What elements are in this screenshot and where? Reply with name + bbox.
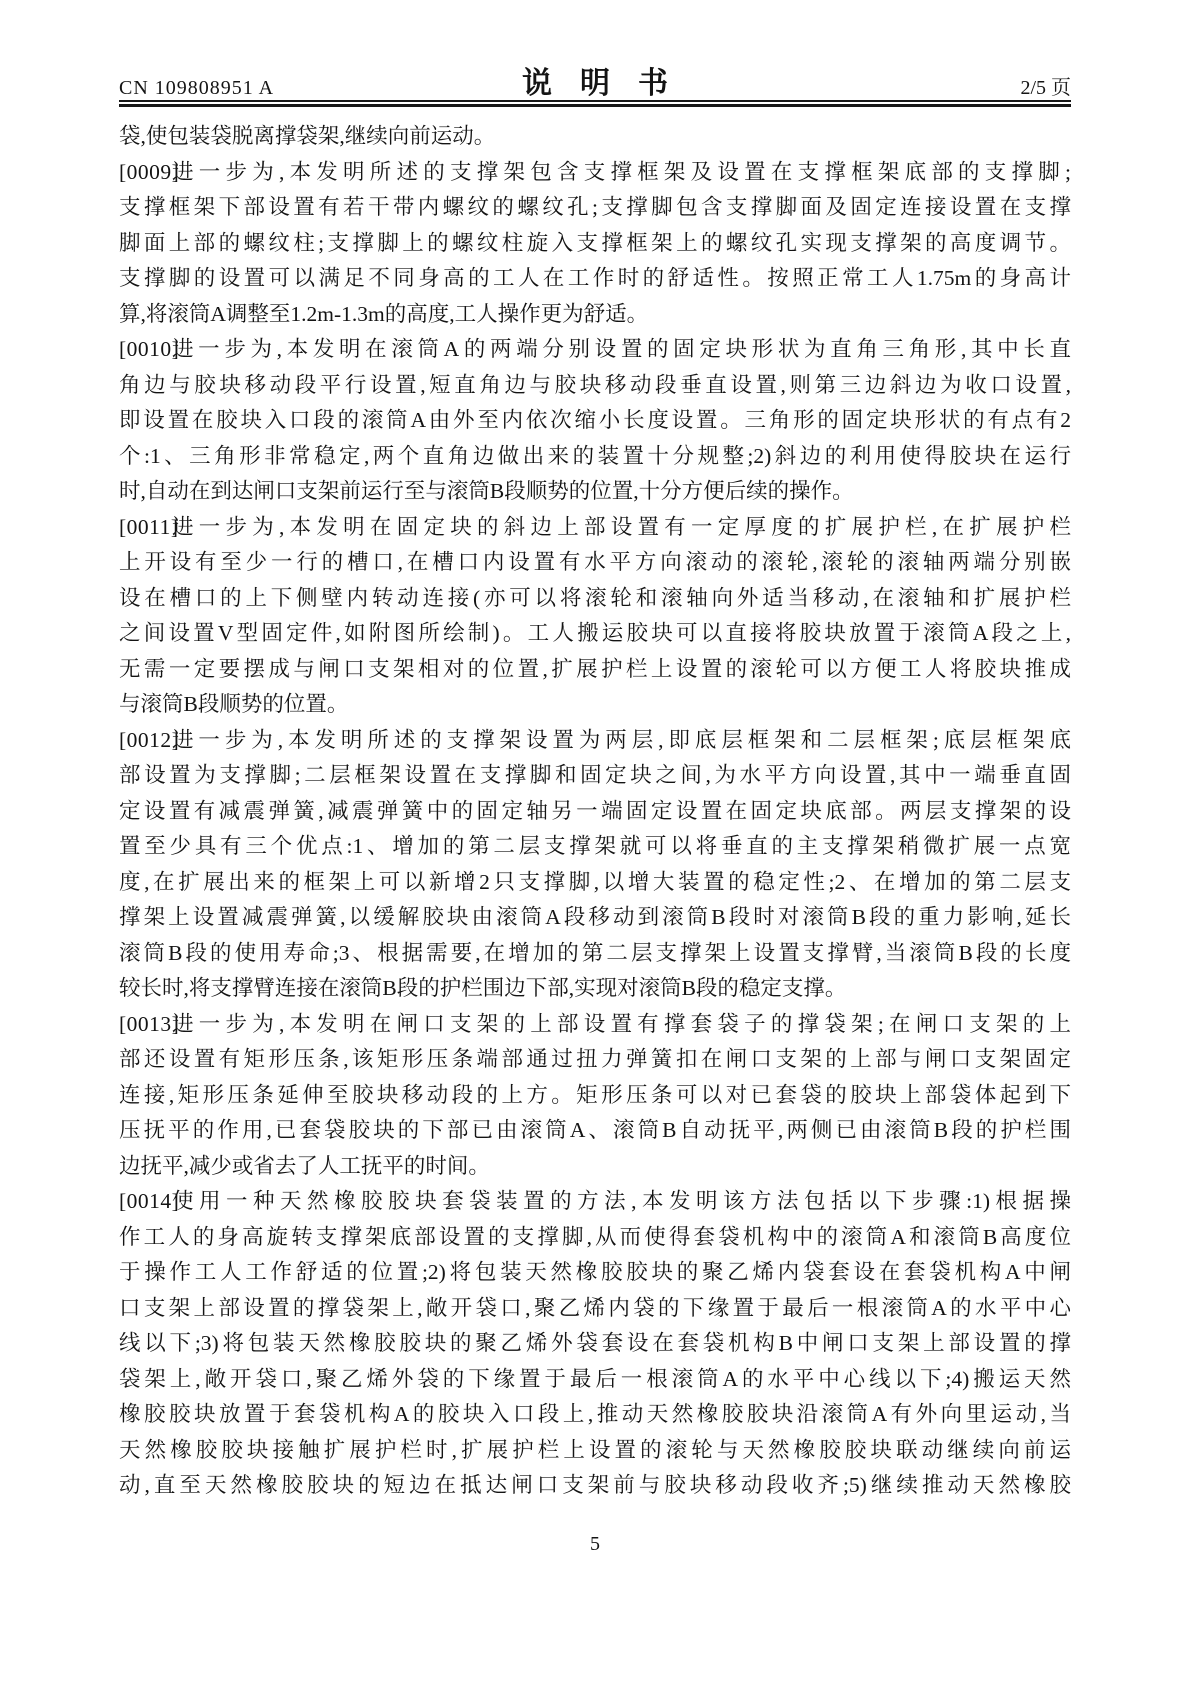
line-text: 之间设置V型固定件,如附图所绘制)。工人搬运胶块可以直接将胶块放置于滚筒A段之上…: [119, 616, 1071, 652]
text-line: 设在槽口的上下侧壁内转动连接(亦可以将滚轮和滚轴向外适当移动,在滚轴和扩展护栏: [119, 581, 1071, 617]
text-line: 部设置为支撑脚;二层框架设置在支撑脚和固定块之间,为水平方向设置,其中一端垂直固: [119, 758, 1071, 794]
line-text: 无需一定要摆成与闸口支架相对的位置,扩展护栏上设置的滚轮可以方便工人将胶块推成: [119, 652, 1071, 688]
line-text: 边抚平,减少或省去了人工抚平的时间。: [119, 1149, 1071, 1185]
text-line: 较长时,将支撑臂连接在滚筒B段的护栏围边下部,实现对滚筒B段的稳定支撑。: [119, 971, 1071, 1007]
text-line: 橡胶胶块放置于套袋机构A的胶块入口段上,推动天然橡胶胶块沿滚筒A有外向里运动,当: [119, 1397, 1071, 1433]
paragraph-tag: [0010]: [119, 332, 172, 368]
text-line: [0014]使用一种天然橡胶胶块套袋装置的方法,本发明该方法包括以下步骤:1)根…: [119, 1184, 1071, 1220]
line-text: 进一步为,本发明在固定块的斜边上部设置有一定厚度的扩展护栏,在扩展护栏: [172, 510, 1071, 546]
line-text: 天然橡胶胶块接触扩展护栏时,扩展护栏上设置的滚轮与天然橡胶胶块联动继续向前运: [119, 1433, 1071, 1469]
text-line: 角边与胶块移动段平行设置,短直角边与胶块移动段垂直设置,则第三边斜边为收口设置,: [119, 368, 1071, 404]
text-line: 部还设置有矩形压条,该矩形压条端部通过扭力弹簧扣在闸口支架的上部与闸口支架固定: [119, 1042, 1071, 1078]
line-text: 滚筒B段的使用寿命;3、根据需要,在增加的第二层支撑架上设置支撑臂,当滚筒B段的…: [119, 936, 1071, 972]
text-line: 于操作工人工作舒适的位置;2)将包装天然橡胶胶块的聚乙烯内袋套设在套袋机构A中闸: [119, 1255, 1071, 1291]
text-line: 支撑框架下部设置有若干带内螺纹的螺纹孔;支撑脚包含支撑脚面及固定连接设置在支撑: [119, 190, 1071, 226]
line-text: 算,将滚筒A调整至1.2m-1.3m的高度,工人操作更为舒适。: [119, 297, 1071, 333]
text-line: [0012]进一步为,本发明所述的支撑架设置为两层,即底层框架和二层框架;底层框…: [119, 723, 1071, 759]
line-text: 支撑框架下部设置有若干带内螺纹的螺纹孔;支撑脚包含支撑脚面及固定连接设置在支撑: [119, 190, 1071, 226]
line-text: 时,自动在到达闸口支架前运行至与滚筒B段顺势的位置,十分方便后续的操作。: [119, 474, 1071, 510]
line-text: 部还设置有矩形压条,该矩形压条端部通过扭力弹簧扣在闸口支架的上部与闸口支架固定: [119, 1042, 1071, 1078]
line-text: 撑架上设置减震弹簧,以缓解胶块由滚筒A段移动到滚筒B段时对滚筒B段的重力影响,延…: [119, 900, 1071, 936]
header-divider-rule: [119, 100, 1071, 107]
line-text: 进一步为,本发明在闸口支架的上部设置有撑套袋子的撑袋架;在闸口支架的上: [172, 1007, 1071, 1043]
text-line: 撑架上设置减震弹簧,以缓解胶块由滚筒A段移动到滚筒B段时对滚筒B段的重力影响,延…: [119, 900, 1071, 936]
text-line: 度,在扩展出来的框架上可以新增2只支撑脚,以增大装置的稳定性;2、在增加的第二层…: [119, 865, 1071, 901]
text-line: 滚筒B段的使用寿命;3、根据需要,在增加的第二层支撑架上设置支撑臂,当滚筒B段的…: [119, 936, 1071, 972]
line-text: 于操作工人工作舒适的位置;2)将包装天然橡胶胶块的聚乙烯内袋套设在套袋机构A中闸: [119, 1255, 1071, 1291]
text-line: 个:1、三角形非常稳定,两个直角边做出来的装置十分规整;2)斜边的利用使得胶块在…: [119, 439, 1071, 475]
text-line: 口支架上部设置的撑袋架上,敞开袋口,聚乙烯内袋的下缘置于最后一根滚筒A的水平中心: [119, 1291, 1071, 1327]
text-line: 袋架上,敞开袋口,聚乙烯外袋的下缘置于最后一根滚筒A的水平中心线以下;4)搬运天…: [119, 1362, 1071, 1398]
page-header: CN 109808951 A 说明书 2/5 页: [119, 66, 1071, 100]
line-text: 部设置为支撑脚;二层框架设置在支撑脚和固定块之间,为水平方向设置,其中一端垂直固: [119, 758, 1071, 794]
page-indicator: 2/5 页: [1020, 71, 1071, 100]
document-title: 说明书: [119, 58, 1071, 102]
text-line: 上开设有至少一行的槽口,在槽口内设置有水平方向滚动的滚轮,滚轮的滚轴两端分别嵌: [119, 545, 1071, 581]
line-text: 进一步为,本发明所述的支撑架设置为两层,即底层框架和二层框架;底层框架底: [172, 723, 1071, 759]
text-line: 脚面上部的螺纹柱;支撑脚上的螺纹柱旋入支撑框架上的螺纹孔实现支撑架的高度调节。: [119, 226, 1071, 262]
line-text: 口支架上部设置的撑袋架上,敞开袋口,聚乙烯内袋的下缘置于最后一根滚筒A的水平中心: [119, 1291, 1071, 1327]
text-line: [0009]进一步为,本发明所述的支撑架包含支撑框架及设置在支撑框架底部的支撑脚…: [119, 155, 1071, 191]
line-text: 连接,矩形压条延伸至胶块移动段的上方。矩形压条可以对已套袋的胶块上部袋体起到下: [119, 1078, 1071, 1114]
text-line: 袋,使包装袋脱离撑袋架,继续向前运动。: [119, 119, 1071, 155]
footer-page-number: 5: [0, 1533, 1190, 1556]
line-text: 度,在扩展出来的框架上可以新增2只支撑脚,以增大装置的稳定性;2、在增加的第二层…: [119, 865, 1071, 901]
text-line: 边抚平,减少或省去了人工抚平的时间。: [119, 1149, 1071, 1185]
paragraph-tag: [0009]: [119, 155, 172, 191]
line-text: 压抚平的作用,已套袋胶块的下部已由滚筒A、滚筒B自动抚平,两侧已由滚筒B段的护栏…: [119, 1113, 1071, 1149]
line-text: 即设置在胶块入口段的滚筒A由外至内依次缩小长度设置。三角形的固定块形状的有点有2: [119, 403, 1071, 439]
line-text: 较长时,将支撑臂连接在滚筒B段的护栏围边下部,实现对滚筒B段的稳定支撑。: [119, 971, 1071, 1007]
text-line: [0013]进一步为,本发明在闸口支架的上部设置有撑套袋子的撑袋架;在闸口支架的…: [119, 1007, 1071, 1043]
line-text: 支撑脚的设置可以满足不同身高的工人在工作时的舒适性。按照正常工人1.75m的身高…: [119, 261, 1071, 297]
line-text: 进一步为,本发明所述的支撑架包含支撑框架及设置在支撑框架底部的支撑脚;: [172, 155, 1071, 191]
line-text: 置至少具有三个优点:1、增加的第二层支撑架就可以将垂直的主支撑架稍微扩展一点宽: [119, 829, 1071, 865]
text-line: 作工人的身高旋转支撑架底部设置的支撑脚,从而使得套袋机构中的滚筒A和滚筒B高度位: [119, 1220, 1071, 1256]
text-line: 天然橡胶胶块接触扩展护栏时,扩展护栏上设置的滚轮与天然橡胶胶块联动继续向前运: [119, 1433, 1071, 1469]
text-line: [0011]进一步为,本发明在固定块的斜边上部设置有一定厚度的扩展护栏,在扩展护…: [119, 510, 1071, 546]
text-line: 置至少具有三个优点:1、增加的第二层支撑架就可以将垂直的主支撑架稍微扩展一点宽: [119, 829, 1071, 865]
paragraph-tag: [0012]: [119, 723, 172, 759]
text-line: 连接,矩形压条延伸至胶块移动段的上方。矩形压条可以对已套袋的胶块上部袋体起到下: [119, 1078, 1071, 1114]
line-text: 使用一种天然橡胶胶块套袋装置的方法,本发明该方法包括以下步骤:1)根据操: [172, 1184, 1071, 1220]
text-line: 动,直至天然橡胶胶块的短边在抵达闸口支架前与胶块移动段收齐;5)继续推动天然橡胶: [119, 1468, 1071, 1504]
line-text: 线以下;3)将包装天然橡胶胶块的聚乙烯外袋套设在套袋机构B中闸口支架上部设置的撑: [119, 1326, 1071, 1362]
paragraph-tag: [0013]: [119, 1007, 172, 1043]
line-text: 与滚筒B段顺势的位置。: [119, 687, 1071, 723]
line-text: 上开设有至少一行的槽口,在槽口内设置有水平方向滚动的滚轮,滚轮的滚轴两端分别嵌: [119, 545, 1071, 581]
line-text: 作工人的身高旋转支撑架底部设置的支撑脚,从而使得套袋机构中的滚筒A和滚筒B高度位: [119, 1220, 1071, 1256]
text-line: 无需一定要摆成与闸口支架相对的位置,扩展护栏上设置的滚轮可以方便工人将胶块推成: [119, 652, 1071, 688]
text-line: 定设置有减震弹簧,减震弹簧中的固定轴另一端固定设置在固定块底部。两层支撑架的设: [119, 794, 1071, 830]
body-text: 袋,使包装袋脱离撑袋架,继续向前运动。[0009]进一步为,本发明所述的支撑架包…: [119, 119, 1071, 1504]
line-text: 动,直至天然橡胶胶块的短边在抵达闸口支架前与胶块移动段收齐;5)继续推动天然橡胶: [119, 1468, 1071, 1504]
text-line: 之间设置V型固定件,如附图所绘制)。工人搬运胶块可以直接将胶块放置于滚筒A段之上…: [119, 616, 1071, 652]
line-text: 设在槽口的上下侧壁内转动连接(亦可以将滚轮和滚轴向外适当移动,在滚轴和扩展护栏: [119, 581, 1071, 617]
line-text: 定设置有减震弹簧,减震弹簧中的固定轴另一端固定设置在固定块底部。两层支撑架的设: [119, 794, 1071, 830]
patent-specification-page: CN 109808951 A 说明书 2/5 页 袋,使包装袋脱离撑袋架,继续向…: [0, 0, 1190, 1684]
line-text: 橡胶胶块放置于套袋机构A的胶块入口段上,推动天然橡胶胶块沿滚筒A有外向里运动,当: [119, 1397, 1071, 1433]
text-line: 支撑脚的设置可以满足不同身高的工人在工作时的舒适性。按照正常工人1.75m的身高…: [119, 261, 1071, 297]
line-text: 个:1、三角形非常稳定,两个直角边做出来的装置十分规整;2)斜边的利用使得胶块在…: [119, 439, 1071, 475]
line-text: 脚面上部的螺纹柱;支撑脚上的螺纹柱旋入支撑框架上的螺纹孔实现支撑架的高度调节。: [119, 226, 1071, 262]
text-line: 线以下;3)将包装天然橡胶胶块的聚乙烯外袋套设在套袋机构B中闸口支架上部设置的撑: [119, 1326, 1071, 1362]
text-line: 算,将滚筒A调整至1.2m-1.3m的高度,工人操作更为舒适。: [119, 297, 1071, 333]
paragraph-tag: [0011]: [119, 510, 172, 546]
text-line: 压抚平的作用,已套袋胶块的下部已由滚筒A、滚筒B自动抚平,两侧已由滚筒B段的护栏…: [119, 1113, 1071, 1149]
text-line: 即设置在胶块入口段的滚筒A由外至内依次缩小长度设置。三角形的固定块形状的有点有2: [119, 403, 1071, 439]
paragraph-tag: [0014]: [119, 1184, 172, 1220]
line-text: 袋,使包装袋脱离撑袋架,继续向前运动。: [119, 119, 1071, 155]
text-line: 时,自动在到达闸口支架前运行至与滚筒B段顺势的位置,十分方便后续的操作。: [119, 474, 1071, 510]
text-line: [0010]进一步为,本发明在滚筒A的两端分别设置的固定块形状为直角三角形,其中…: [119, 332, 1071, 368]
line-text: 角边与胶块移动段平行设置,短直角边与胶块移动段垂直设置,则第三边斜边为收口设置,: [119, 368, 1071, 404]
text-line: 与滚筒B段顺势的位置。: [119, 687, 1071, 723]
line-text: 进一步为,本发明在滚筒A的两端分别设置的固定块形状为直角三角形,其中长直: [172, 332, 1071, 368]
line-text: 袋架上,敞开袋口,聚乙烯外袋的下缘置于最后一根滚筒A的水平中心线以下;4)搬运天…: [119, 1362, 1071, 1398]
